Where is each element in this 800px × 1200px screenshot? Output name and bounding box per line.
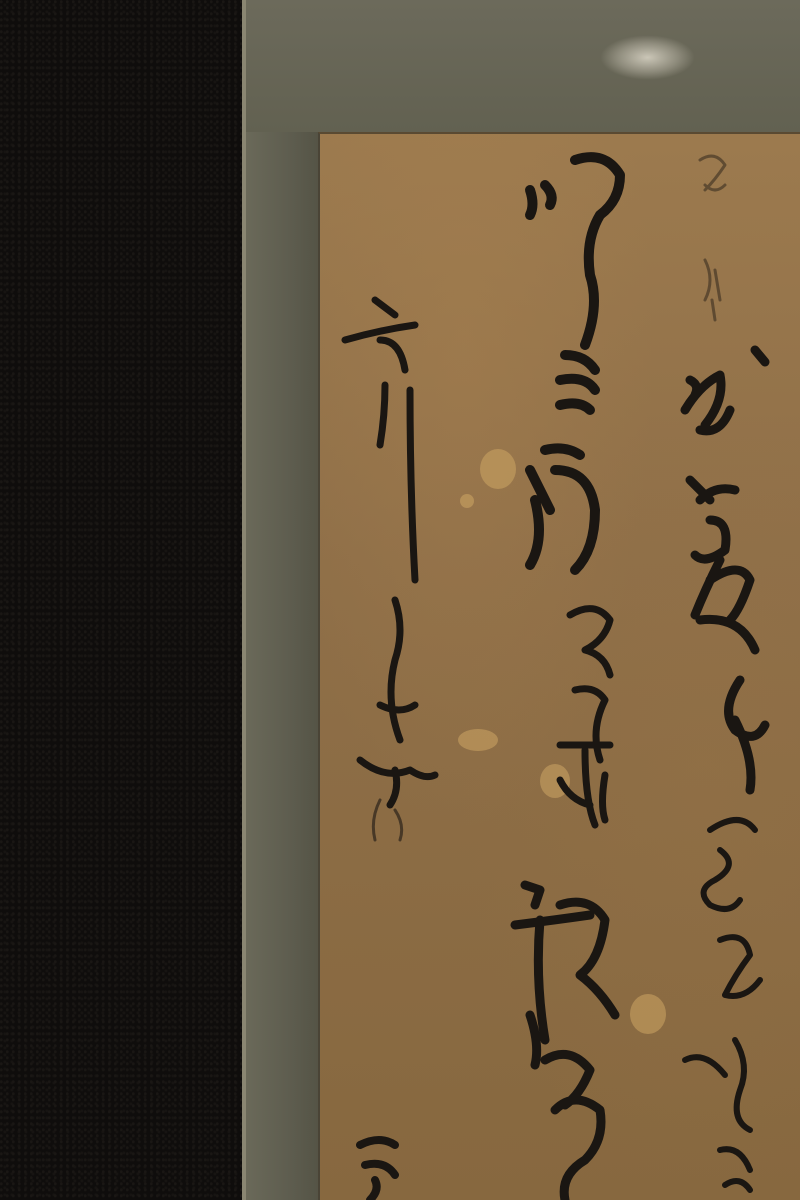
calligraphy-paper (318, 132, 800, 1200)
paper-stain (460, 494, 474, 508)
dark-textured-background (0, 0, 246, 1200)
paper-stain (630, 994, 666, 1034)
scroll-mount-top-border (246, 0, 800, 132)
mount-stain (600, 35, 695, 80)
paper-stain (480, 449, 516, 489)
paper-stain (540, 764, 570, 798)
paper-stain (458, 729, 498, 751)
scroll-mount-left-border (246, 132, 318, 1200)
